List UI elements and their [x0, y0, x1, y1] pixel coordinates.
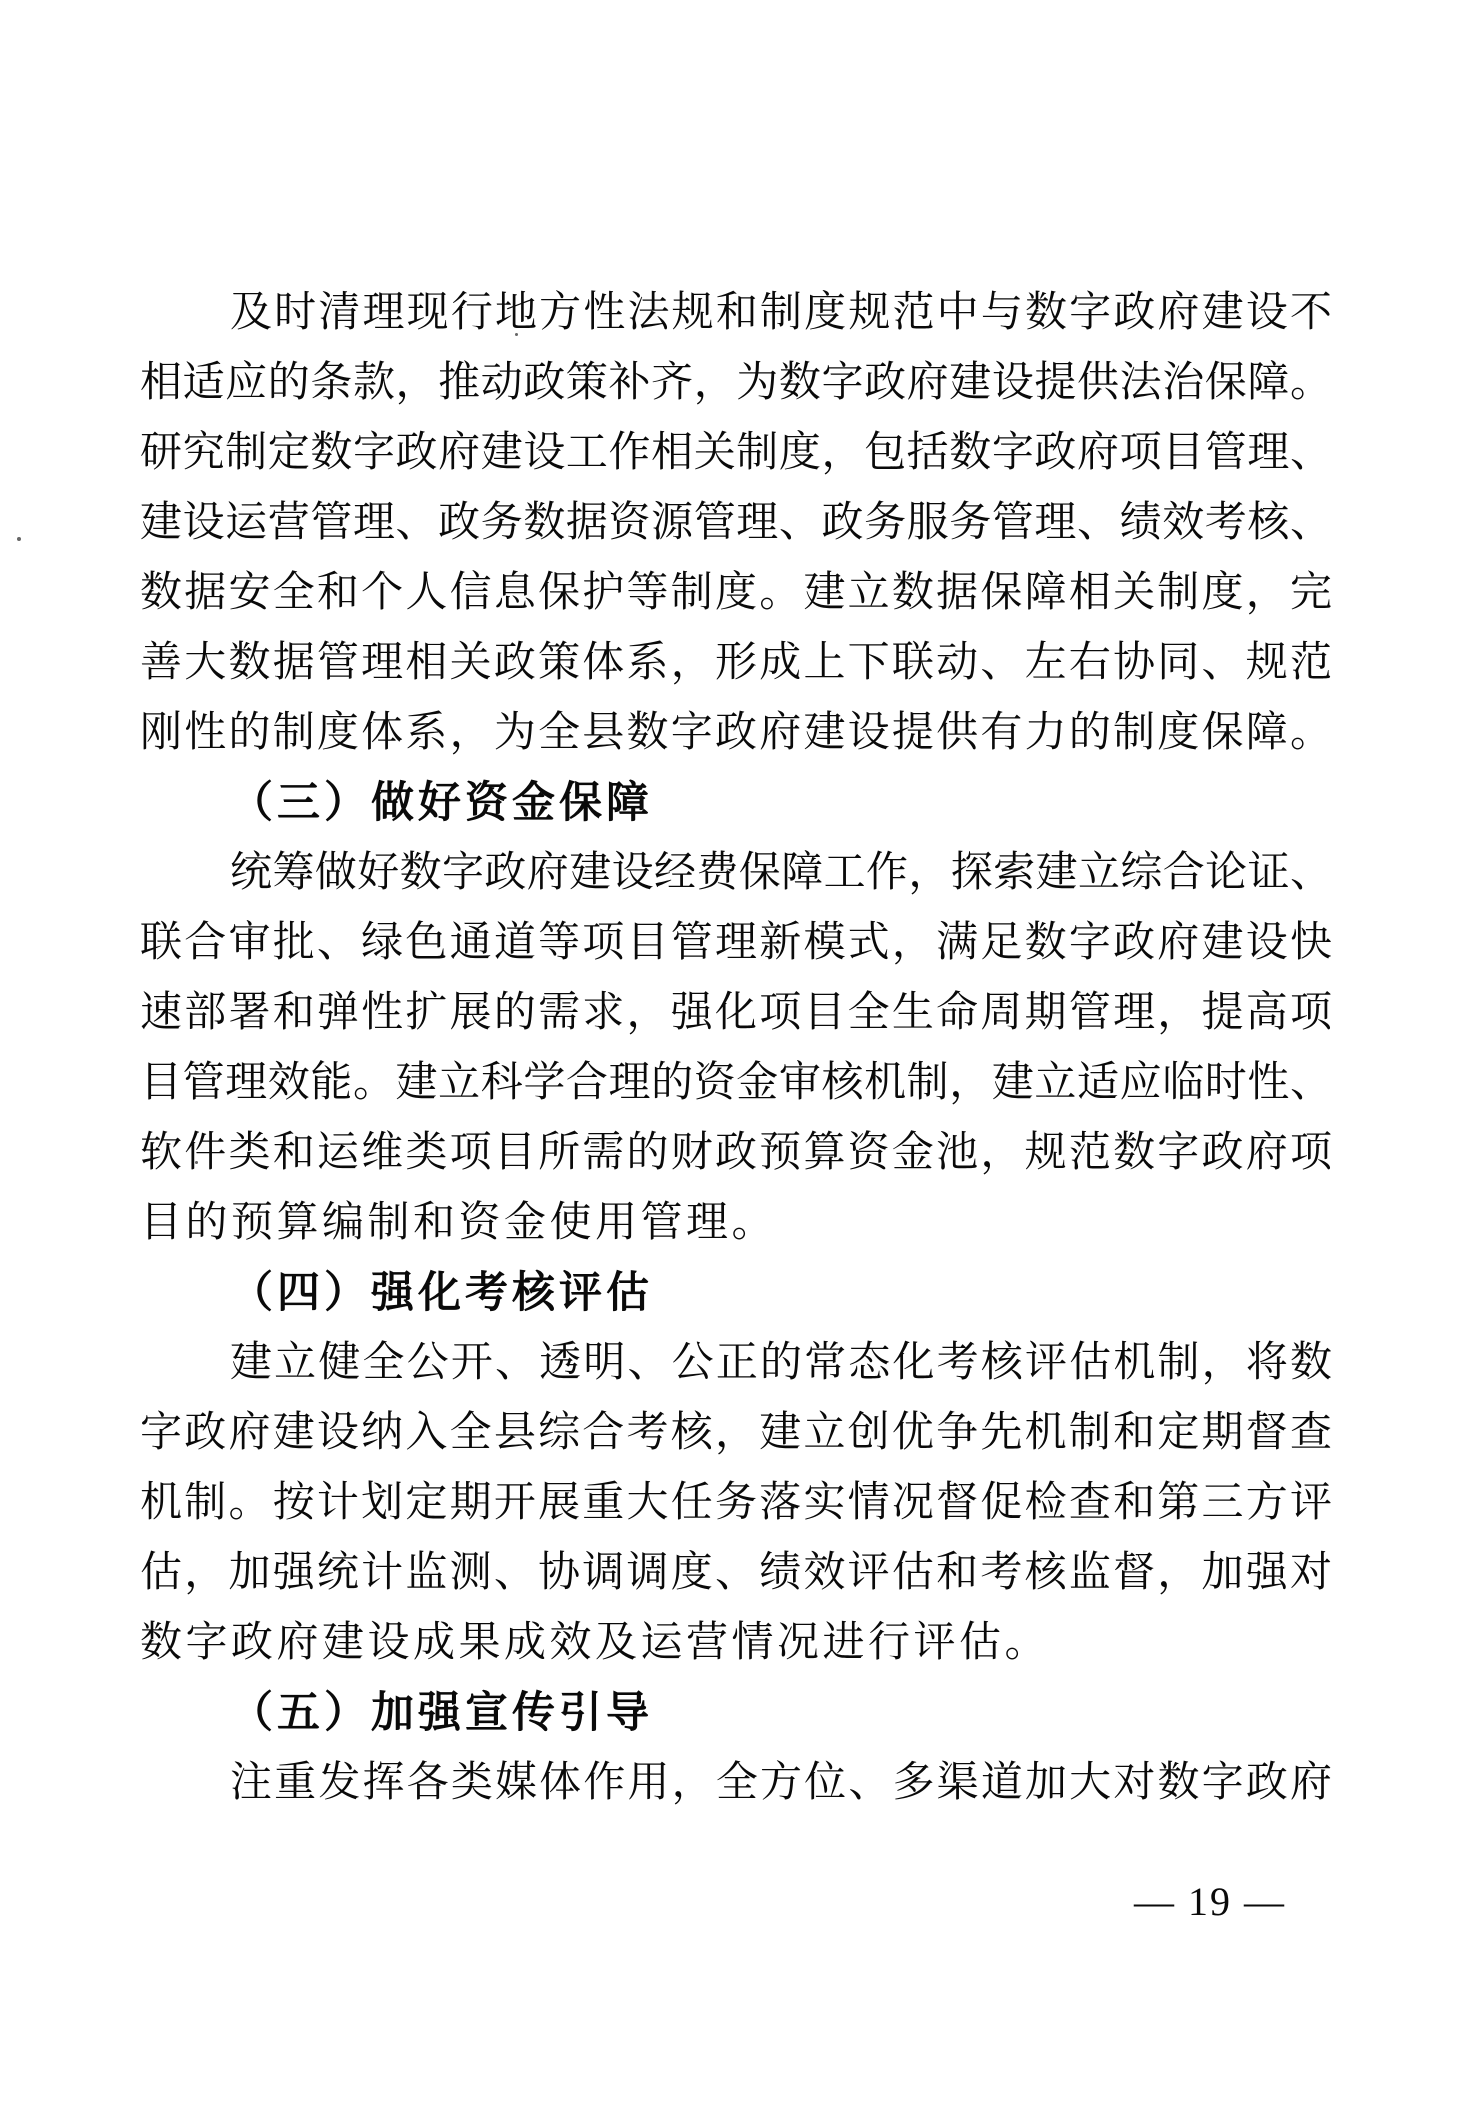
text-line: 建设运营管理、政务数据资源管理、政务服务管理、绩效考核、 — [140, 488, 1332, 558]
text-line: 刚性的制度体系，为全县数字政府建设提供有力的制度保障。 — [140, 698, 1332, 768]
text-line: 机制。按计划定期开展重大任务落实情况督促检查和第三方评 — [140, 1468, 1332, 1538]
text-line: 相适应的条款，推动政策补齐，为数字政府建设提供法治保障。 — [140, 348, 1332, 418]
document-body: 及时清理现行地方性法规和制度规范中与数字政府建设不 相适应的条款，推动政策补齐，… — [140, 278, 1332, 1818]
text-line: 研究制定数字政府建设工作相关制度，包括数字政府项目管理、 — [140, 418, 1332, 488]
scan-speckle — [17, 537, 21, 541]
text-line: 软件类和运维类项目所需的财政预算资金池，规范数字政府项 — [140, 1118, 1332, 1188]
document-page: 及时清理现行地方性法规和制度规范中与数字政府建设不 相适应的条款，推动政策补齐，… — [0, 0, 1470, 2103]
text-line: 统筹做好数字政府建设经费保障工作，探索建立综合论证、 — [140, 838, 1332, 908]
section-heading-3: （三）做好资金保障 — [140, 768, 1332, 838]
text-line: 速部署和弹性扩展的需求，强化项目全生命周期管理，提高项 — [140, 978, 1332, 1048]
scan-speckle — [515, 333, 518, 336]
text-line: 善大数据管理相关政策体系，形成上下联动、左右协同、规范 — [140, 628, 1332, 698]
text-line: 及时清理现行地方性法规和制度规范中与数字政府建设不 — [140, 278, 1332, 348]
section-heading-4: （四）强化考核评估 — [140, 1258, 1332, 1328]
text-line: 数据安全和个人信息保护等制度。建立数据保障相关制度，完 — [140, 558, 1332, 628]
text-line: 建立健全公开、透明、公正的常态化考核评估机制，将数 — [140, 1328, 1332, 1398]
text-line: 目管理效能。建立科学合理的资金审核机制，建立适应临时性、 — [140, 1048, 1332, 1118]
scan-speckle — [195, 1161, 198, 1164]
section-heading-5: （五）加强宣传引导 — [140, 1678, 1332, 1748]
text-line: 联合审批、绿色通道等项目管理新模式，满足数字政府建设快 — [140, 908, 1332, 978]
text-line: 估，加强统计监测、协调调度、绩效评估和考核监督，加强对 — [140, 1538, 1332, 1608]
page-number: — 19 — — [1040, 1872, 1380, 1932]
text-line: 字政府建设纳入全县综合考核，建立创优争先机制和定期督查 — [140, 1398, 1332, 1468]
text-line: 数字政府建设成果成效及运营情况进行评估。 — [140, 1608, 1332, 1678]
text-line: 目的预算编制和资金使用管理。 — [140, 1188, 1332, 1258]
text-line: 注重发挥各类媒体作用，全方位、多渠道加大对数字政府 — [140, 1748, 1332, 1818]
